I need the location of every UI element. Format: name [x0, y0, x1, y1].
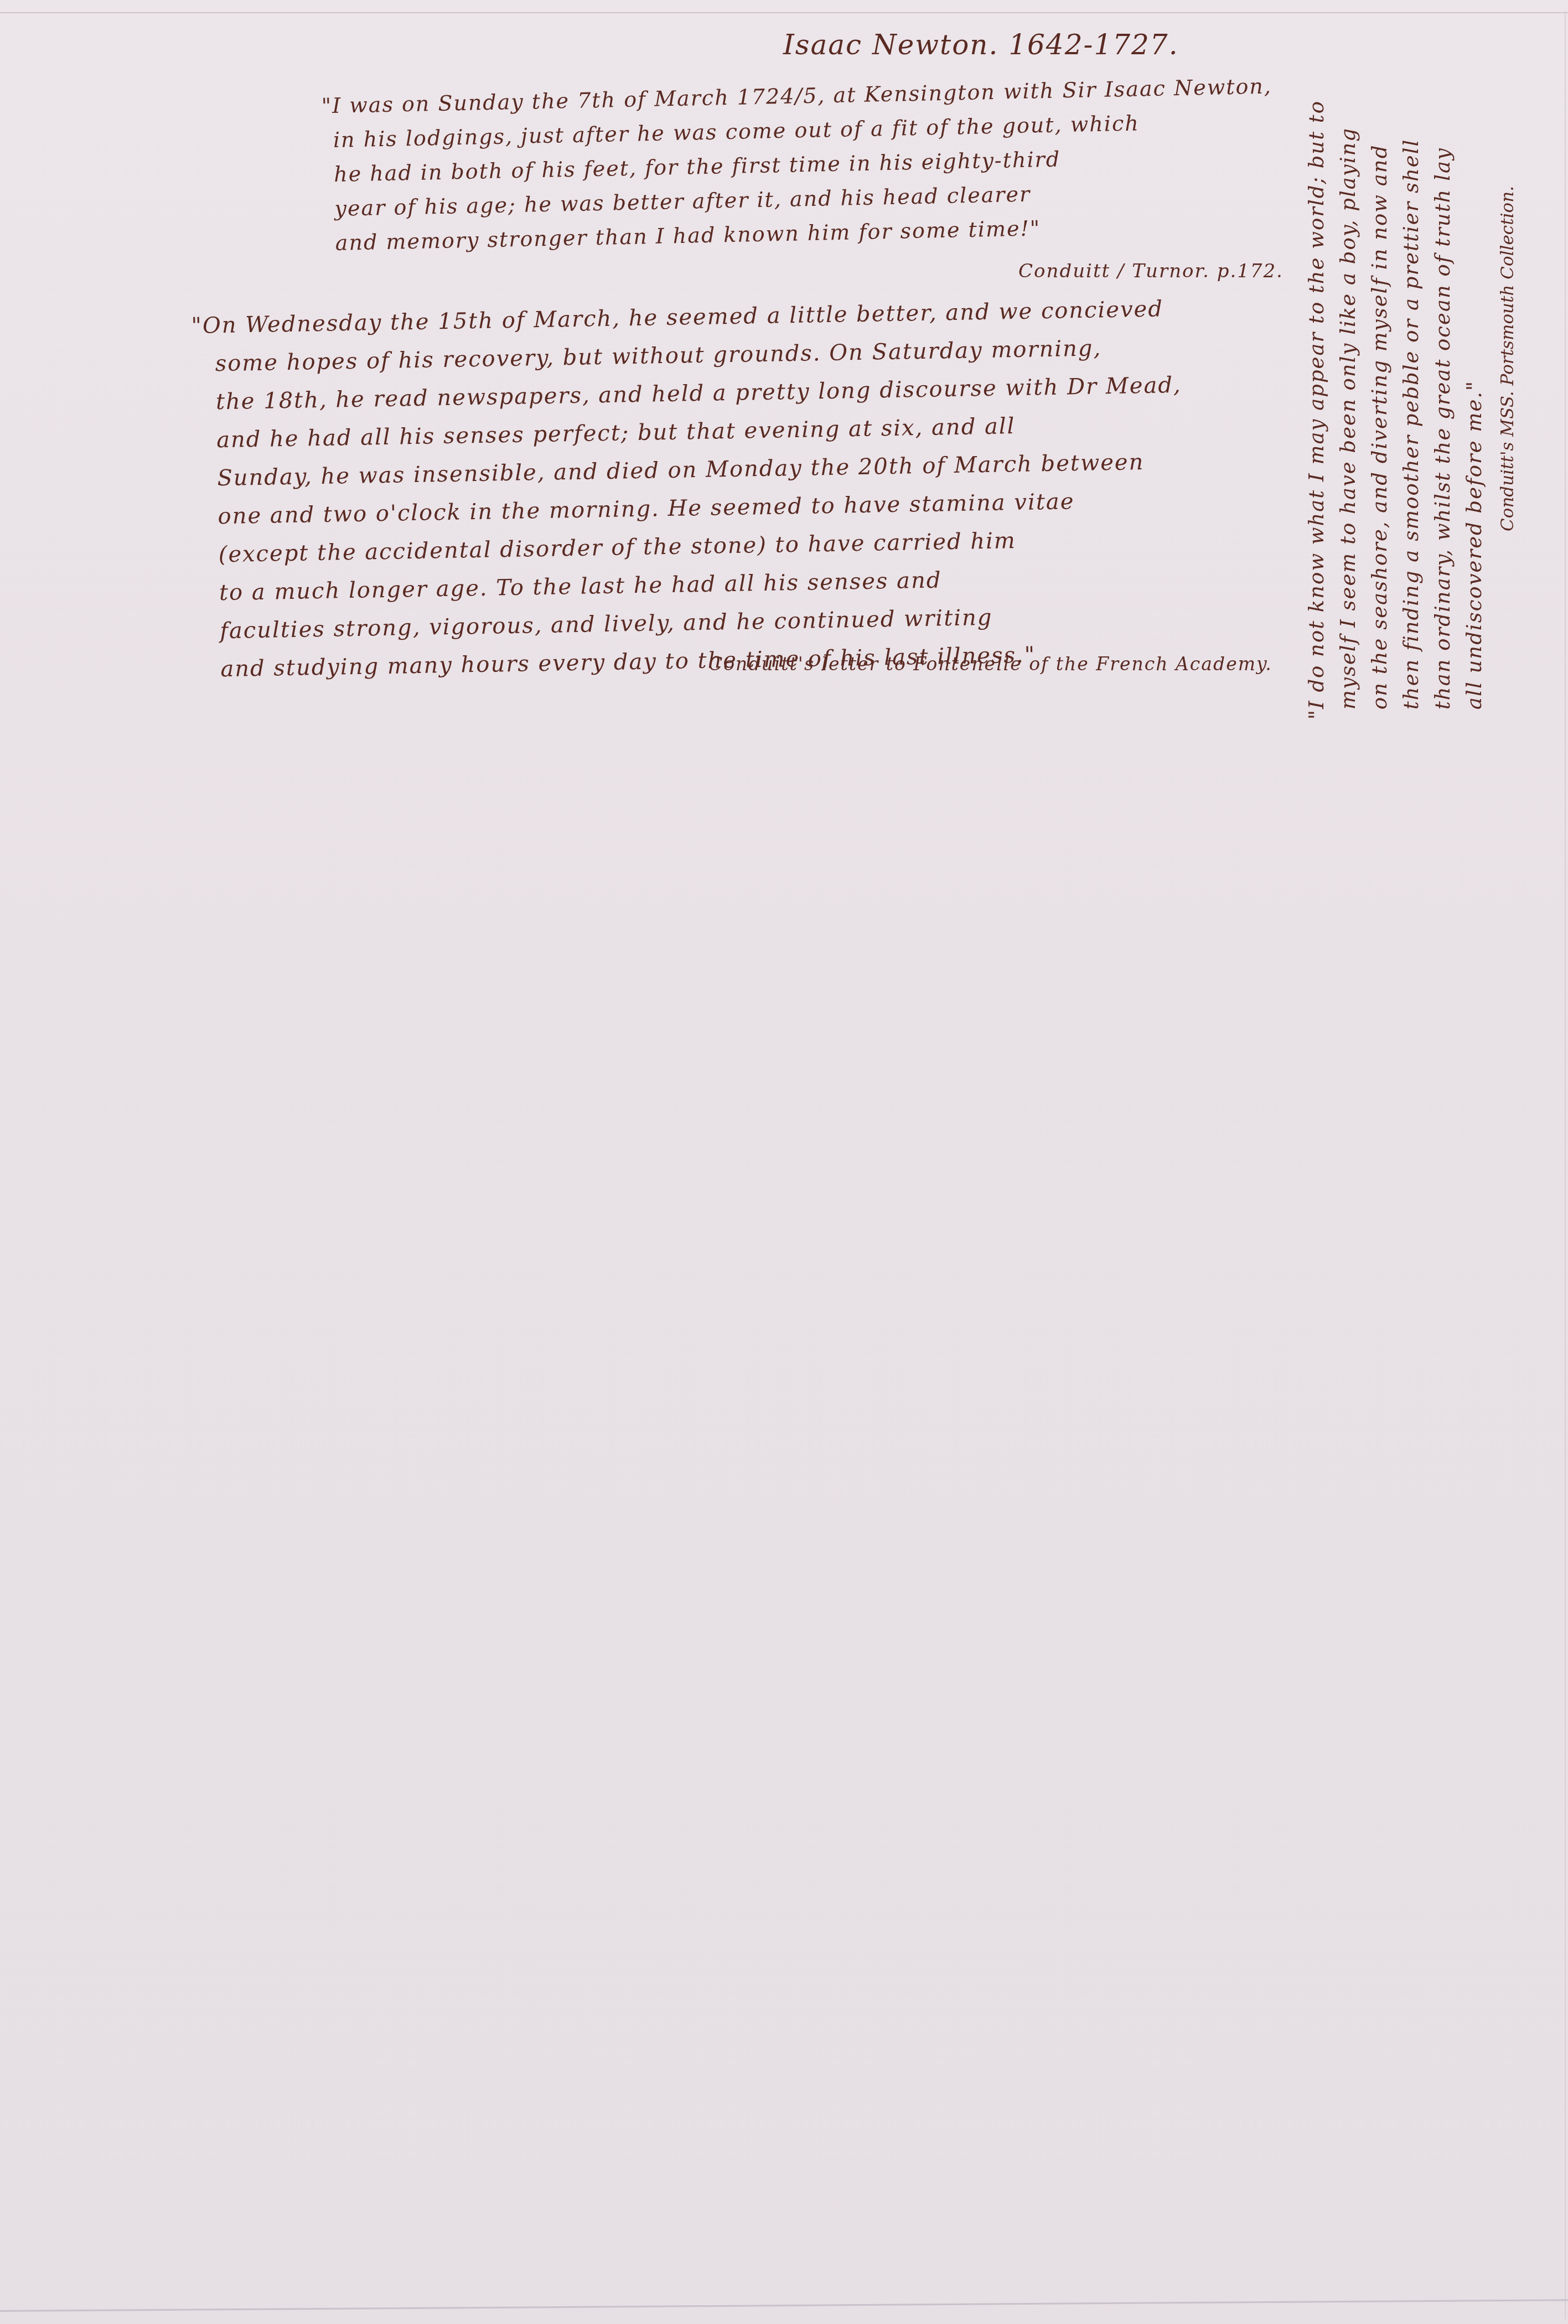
vertical-quote-source: Conduitt's MSS. Portsmouth Collection.: [1498, 94, 1518, 531]
quote-line: then finding a smoother pebble or a pret…: [1395, 94, 1427, 710]
quote-last-days: "On Wednesday the 15th of March, he seem…: [191, 290, 1187, 689]
page-right-edge: [1565, 11, 1566, 2319]
quote-line: myself I seem to have been only like a b…: [1332, 94, 1364, 710]
quote-line: on the seashore, and diverting myself in…: [1364, 94, 1395, 710]
page-top-edge: [0, 12, 1568, 13]
quote-kensington-source: Conduitt / Turnor. p.172.: [1018, 260, 1284, 282]
vertical-quote-seashore: "I do not know what I may appear to the …: [1301, 94, 1518, 720]
quote-line: "I do not know what I may appear to the …: [1301, 94, 1332, 720]
quote-line: all undiscovered before me.": [1458, 94, 1490, 710]
page-title: Isaac Newton. 1642-1727.: [783, 29, 1179, 61]
manuscript-page: Isaac Newton. 1642-1727. "I was on Sunda…: [0, 0, 1568, 2324]
quote-line: than ordinary, whilst the great ocean of…: [1427, 94, 1458, 710]
quote-kensington-visit: "I was on Sunday the 7th of March 1724/5…: [332, 69, 1275, 260]
page-bottom-edge: [0, 2299, 1568, 2312]
quote-last-days-source: Conduitt's letter to Fontenelle of the F…: [708, 653, 1272, 675]
